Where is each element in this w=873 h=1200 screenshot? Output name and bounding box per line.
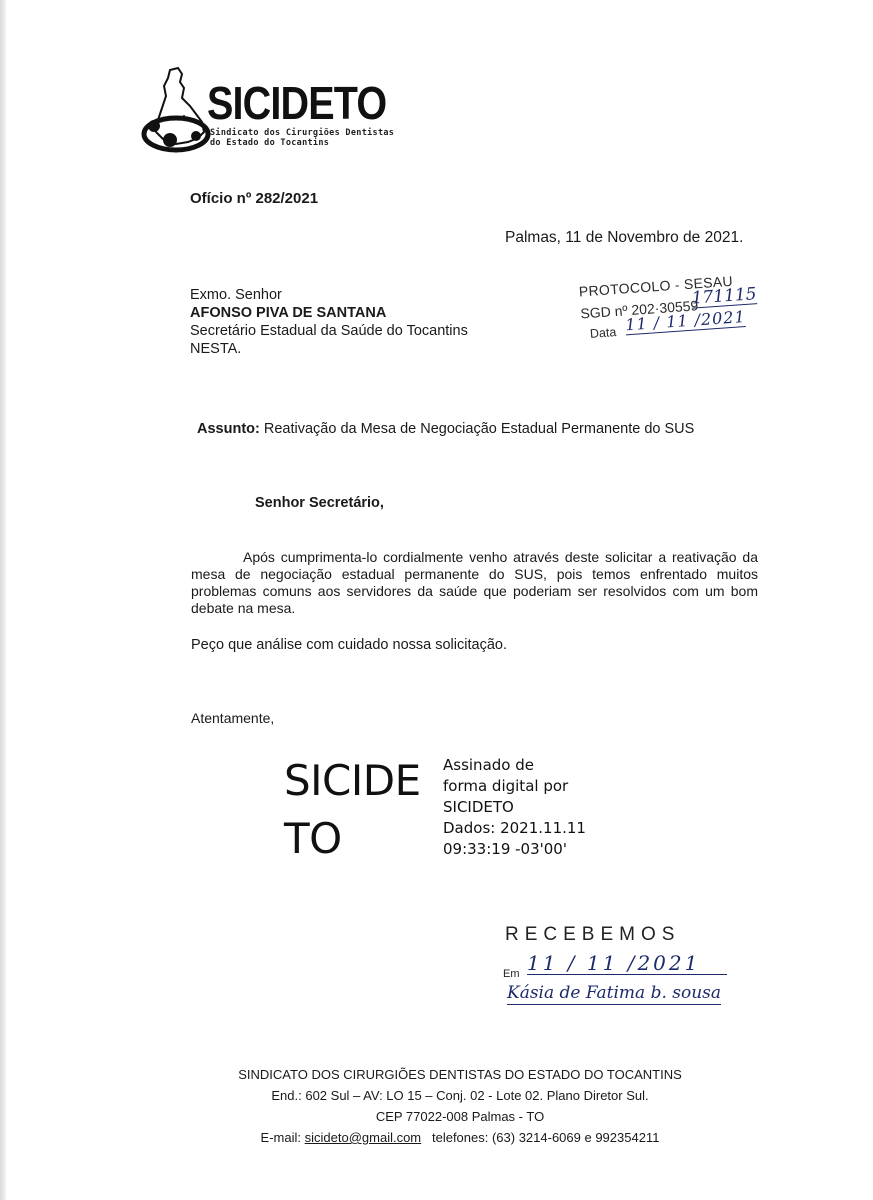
signature-info-line4: Dados: 2021.11.11 bbox=[443, 818, 586, 839]
received-stamp-date-handwritten: 11 / 11 /2021 bbox=[527, 952, 727, 975]
sicideto-logo: SICIDETO Sindicato dos Cirurgiões Dentis… bbox=[140, 66, 400, 156]
place-date: Palmas, 11 de Novembro de 2021. bbox=[505, 229, 743, 247]
oficio-number: Ofício nº 282/2021 bbox=[190, 190, 318, 207]
received-stamp-signature: Kásia de Fatima b. sousa bbox=[507, 982, 721, 1005]
received-stamp-date-label: Em bbox=[503, 968, 520, 980]
recipient-location: NESTA. bbox=[190, 340, 468, 358]
digital-signature-name: SICIDE TO bbox=[284, 752, 421, 868]
footer-phones: telefones: (63) 3214-6069 e 992354211 bbox=[432, 1130, 659, 1145]
signature-info-line2: forma digital por bbox=[443, 776, 586, 797]
subject-label: Assunto: bbox=[197, 421, 260, 437]
signature-info-line5: 09:33:19 -03'00' bbox=[443, 839, 586, 860]
protocol-stamp: PROTOCOLO - SESAU SGD nº 202·30559 17111… bbox=[572, 263, 797, 358]
body-request: Peço que análise com cuidado nossa solic… bbox=[191, 637, 507, 653]
recipient-name: AFONSO PIVA DE SANTANA bbox=[190, 304, 468, 322]
oficio-label: Ofício nº bbox=[190, 190, 251, 207]
subject-text: Reativação da Mesa de Negociação Estadua… bbox=[264, 421, 694, 437]
logo-title: SICIDETO bbox=[207, 80, 386, 126]
received-stamp-title: RECEBEMOS bbox=[505, 924, 680, 946]
footer-email-label: E-mail: bbox=[261, 1130, 301, 1145]
subject-line: Assunto: Reativação da Mesa de Negociaçã… bbox=[197, 421, 694, 437]
received-stamp: RECEBEMOS Em 11 / 11 /2021 Kásia de Fati… bbox=[497, 918, 807, 1018]
body-paragraph: Após cumprimenta-lo cordialmente venho a… bbox=[191, 549, 758, 617]
recipient-block: Exmo. Senhor AFONSO PIVA DE SANTANA Secr… bbox=[190, 286, 468, 358]
footer-email-link[interactable]: sicideto@gmail.com bbox=[305, 1130, 422, 1145]
footer-address: End.: 602 Sul – AV: LO 15 – Conj. 02 - L… bbox=[200, 1085, 720, 1106]
letterhead-footer: SINDICATO DOS CIRURGIÕES DENTISTAS DO ES… bbox=[200, 1064, 720, 1148]
footer-cep: CEP 77022-008 Palmas - TO bbox=[200, 1106, 720, 1127]
greeting: Senhor Secretário, bbox=[255, 495, 384, 511]
closing: Atentamente, bbox=[191, 710, 274, 726]
logo-subtitle-line2: do Estado do Tocantins bbox=[210, 138, 394, 148]
recipient-salutation: Exmo. Senhor bbox=[190, 286, 468, 304]
footer-contact: E-mail: sicideto@gmail.com telefones: (6… bbox=[200, 1127, 720, 1148]
logo-subtitle-line1: Sindicato dos Cirurgiões Dentistas bbox=[210, 128, 394, 138]
signature-info-line3: SICIDETO bbox=[443, 797, 586, 818]
logo-subtitle: Sindicato dos Cirurgiões Dentistas do Es… bbox=[210, 128, 394, 148]
digital-signature-info: Assinado de forma digital por SICIDETO D… bbox=[443, 755, 586, 860]
signature-name-line1: SICIDE bbox=[284, 752, 421, 810]
recipient-title: Secretário Estadual da Saúde do Tocantin… bbox=[190, 322, 468, 340]
signature-info-line1: Assinado de bbox=[443, 755, 586, 776]
protocol-stamp-sgd-handwritten: 171115 bbox=[691, 285, 757, 308]
oficio-value: 282/2021 bbox=[255, 190, 318, 207]
page-edge-shadow bbox=[0, 0, 6, 1200]
protocol-stamp-date-label: Data bbox=[589, 325, 616, 341]
footer-org-name: SINDICATO DOS CIRURGIÕES DENTISTAS DO ES… bbox=[200, 1064, 720, 1085]
signature-name-line2: TO bbox=[284, 810, 421, 868]
